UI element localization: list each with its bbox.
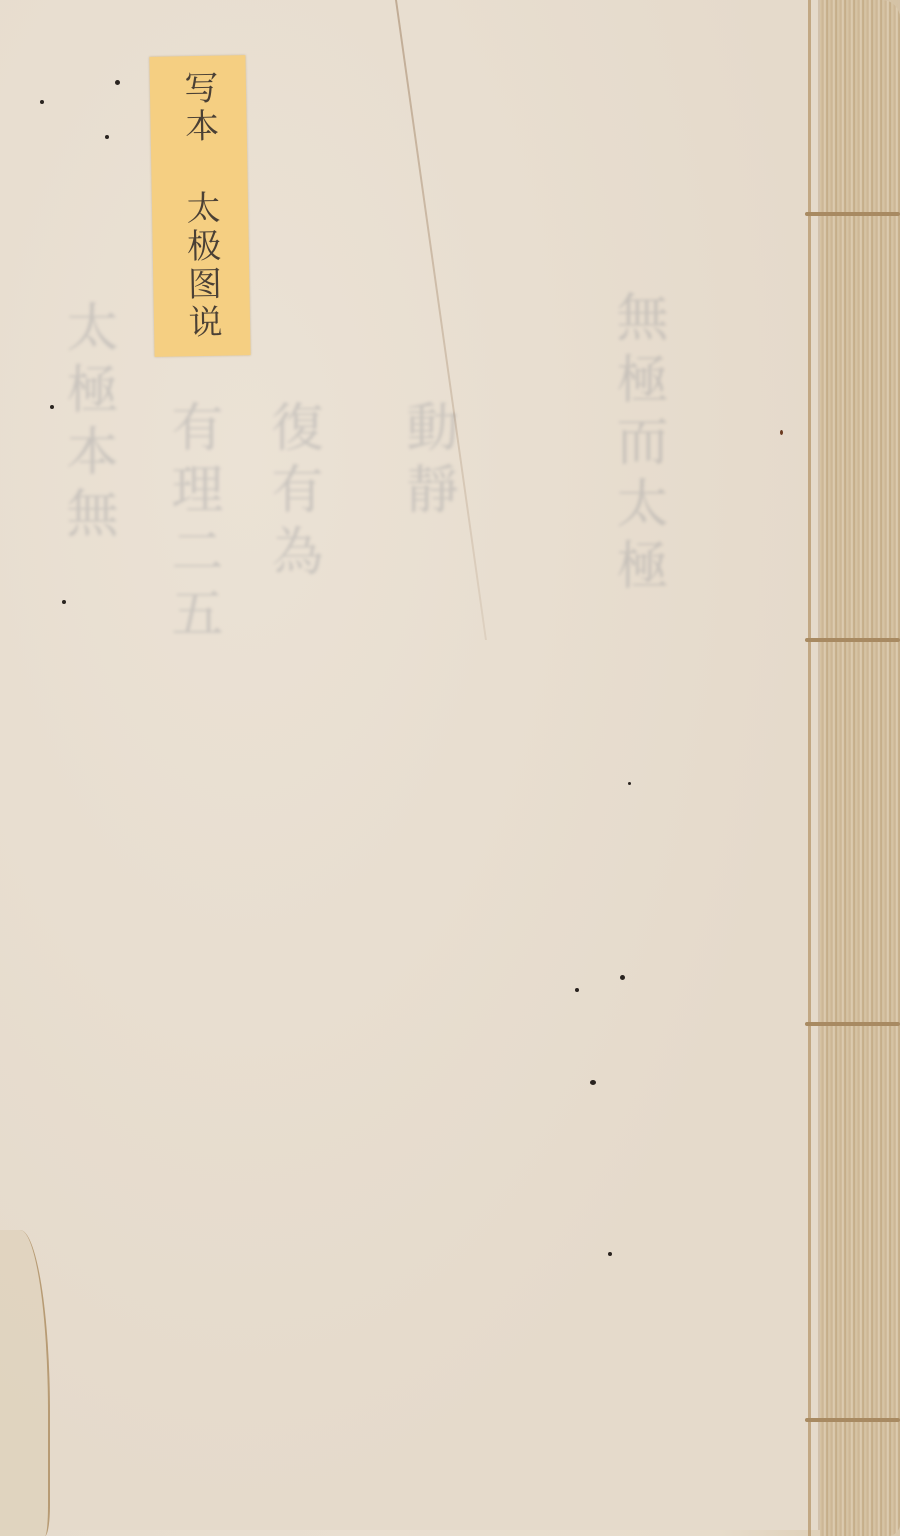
- page-edges: [820, 0, 900, 1536]
- binding-stitch: [805, 638, 900, 642]
- bleed-through-text-column: 復有為: [255, 400, 330, 586]
- ink-spot: [40, 100, 44, 104]
- title-label-text: 写本 太极图说: [150, 65, 251, 347]
- ink-spot: [620, 975, 625, 980]
- binding-stitch: [805, 1418, 900, 1422]
- ink-spot: [105, 135, 109, 139]
- ink-spot: [62, 600, 66, 604]
- binding-stitch: [805, 212, 900, 216]
- bleed-through-text-column: 太極本無: [50, 300, 125, 548]
- title-label: 写本 太极图说: [149, 55, 250, 357]
- bleed-through-text-column: 有理二五: [155, 400, 230, 648]
- ink-spot: [628, 782, 631, 785]
- ink-spot: [115, 80, 120, 85]
- book-cover-scan: 無極而太極 動靜 復有為 有理二五 太極本無 写本 太极图说: [0, 0, 900, 1536]
- bleed-through-text-column: 無極而太極: [600, 290, 675, 600]
- binding-stitch: [805, 1022, 900, 1026]
- ink-spot: [575, 988, 579, 992]
- bleed-through-text-column: 動靜: [390, 400, 465, 524]
- cover-paper: [0, 0, 820, 1530]
- ink-spot: [608, 1252, 612, 1256]
- ink-spot: [590, 1080, 596, 1085]
- ink-spot: [50, 405, 54, 409]
- binding-line: [808, 0, 811, 1536]
- ink-spot: [780, 430, 783, 435]
